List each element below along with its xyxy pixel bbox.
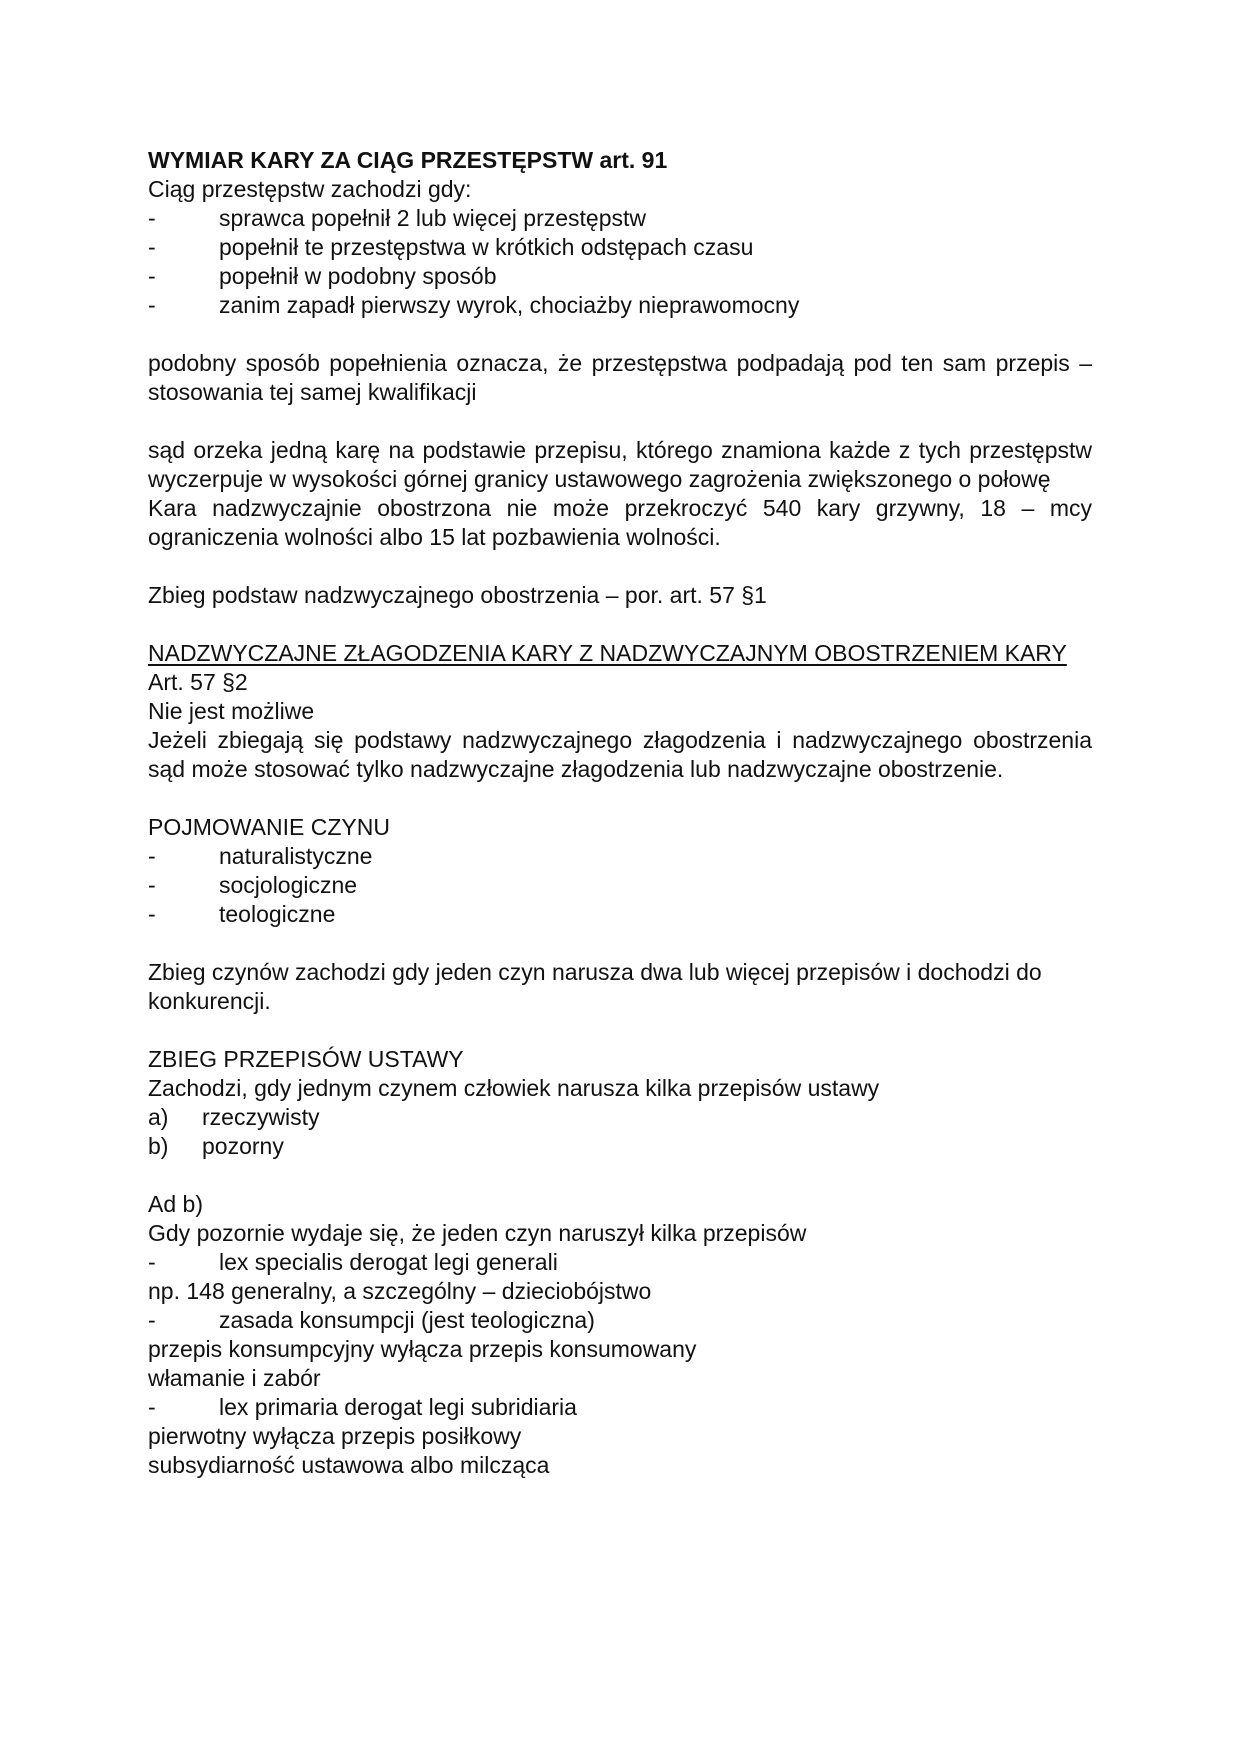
dash-bullet-icon: - <box>148 1393 219 1422</box>
list-item: -teologiczne <box>148 900 1092 929</box>
list-item: -zanim zapadł pierwszy wyrok, chociażby … <box>148 291 1092 320</box>
dash-bullet-icon: - <box>148 204 219 233</box>
dash-bullet-icon: - <box>148 1248 219 1277</box>
section3-heading: POJMOWANIE CZYNU <box>148 813 1092 842</box>
rule2-note: przepis konsumpcyjny wyłącza przepis kon… <box>148 1335 1092 1364</box>
list-item: -sprawca popełnił 2 lub więcej przestęps… <box>148 204 1092 233</box>
section2-note: Nie jest możliwe <box>148 697 1092 726</box>
dash-bullet-icon: - <box>148 291 219 320</box>
section3-text: Zbieg czynów zachodzi gdy jeden czyn nar… <box>148 958 1092 1016</box>
list-marker: b) <box>148 1132 202 1161</box>
list-item: -popełnił te przestępstwa w krótkich ods… <box>148 233 1092 262</box>
section5-intro: Gdy pozornie wydaje się, że jeden czyn n… <box>148 1219 1092 1248</box>
section5-heading: Ad b) <box>148 1190 1092 1219</box>
dash-bullet-icon: - <box>148 262 219 291</box>
list-item: -lex primaria derogat legi subridiaria <box>148 1393 1092 1422</box>
dash-bullet-icon: - <box>148 1306 219 1335</box>
rule3-example: subsydiarność ustawowa albo milcząca <box>148 1451 1092 1480</box>
document-title: WYMIAR KARY ZA CIĄG PRZESTĘPSTW art. 91 <box>148 146 1092 175</box>
section4-intro: Zachodzi, gdy jednym czynem człowiek nar… <box>148 1074 1092 1103</box>
paragraph-podobny-sposob: podobny sposób popełnienia oznacza, że p… <box>148 349 1092 407</box>
list-item: -zasada konsumpcji (jest teologiczna) <box>148 1306 1092 1335</box>
rule1-note: np. 148 generalny, a szczególny – dzieci… <box>148 1277 1092 1306</box>
section2-article: Art. 57 §2 <box>148 668 1092 697</box>
paragraph-sad-orzeka: sąd orzeka jedną karę na podstawie przep… <box>148 436 1092 494</box>
section2-text: Jeżeli zbiegają się podstawy nadzwyczajn… <box>148 726 1092 784</box>
section1-intro: Ciąg przestępstw zachodzi gdy: <box>148 175 1092 204</box>
list-item: a)rzeczywisty <box>148 1103 1092 1132</box>
section4-heading: ZBIEG PRZEPISÓW USTAWY <box>148 1045 1092 1074</box>
list-item: -popełnił w podobny sposób <box>148 262 1092 291</box>
rule2-example: włamanie i zabór <box>148 1364 1092 1393</box>
dash-bullet-icon: - <box>148 900 219 929</box>
paragraph-kara-obostrzona: Kara nadzwyczajnie obostrzona nie może p… <box>148 494 1092 552</box>
dash-bullet-icon: - <box>148 871 219 900</box>
paragraph-zbieg-podstaw: Zbieg podstaw nadzwyczajnego obostrzenia… <box>148 581 1092 610</box>
list-item: b)pozorny <box>148 1132 1092 1161</box>
list-item: -socjologiczne <box>148 871 1092 900</box>
list-item: -naturalistyczne <box>148 842 1092 871</box>
document-page: WYMIAR KARY ZA CIĄG PRZESTĘPSTW art. 91 … <box>148 146 1092 1480</box>
section2-heading: NADZWYCZAJNE ZŁAGODZENIA KARY Z NADZWYCZ… <box>148 639 1092 668</box>
dash-bullet-icon: - <box>148 842 219 871</box>
dash-bullet-icon: - <box>148 233 219 262</box>
list-item: -lex specialis derogat legi generali <box>148 1248 1092 1277</box>
rule3-note: pierwotny wyłącza przepis posiłkowy <box>148 1422 1092 1451</box>
list-marker: a) <box>148 1103 202 1132</box>
